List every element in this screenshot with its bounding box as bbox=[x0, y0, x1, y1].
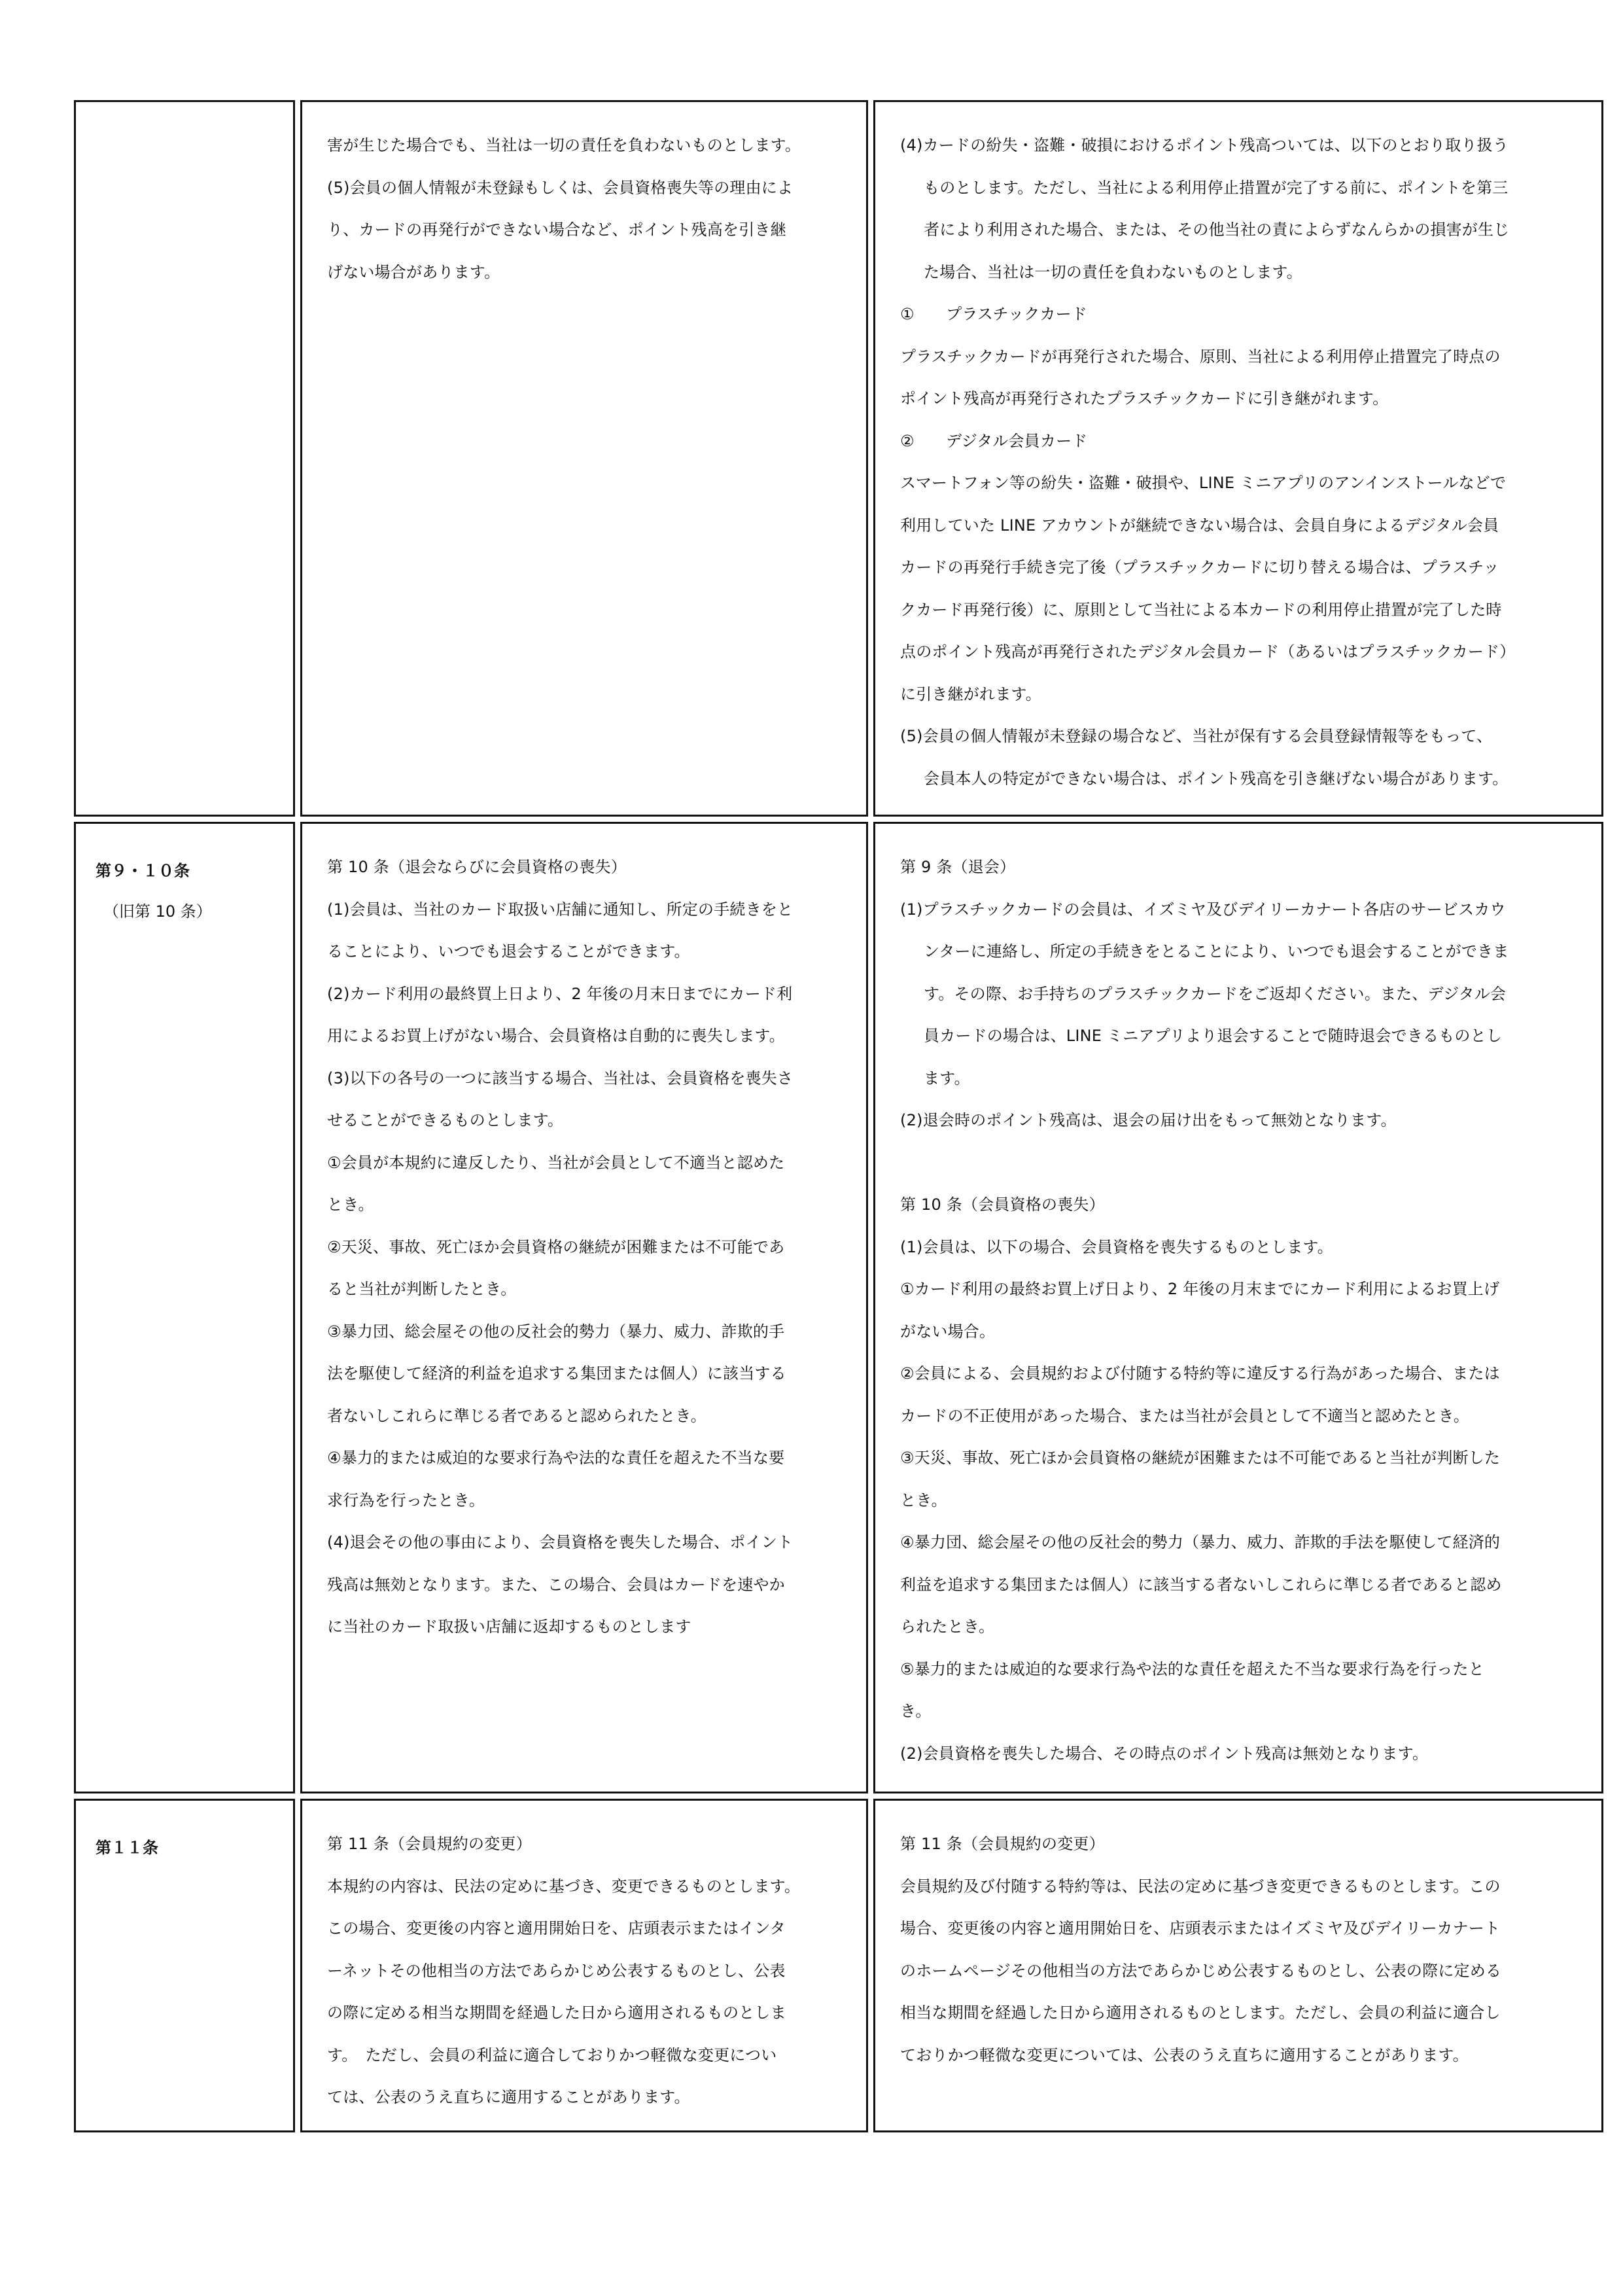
old-text-line: ③暴力団、総会屋その他の反社会的勢力（暴力、威力、詐欺的手 bbox=[327, 1311, 846, 1353]
new-text-cell: (4)カードの紛失・盗難・破損におけるポイント残高ついては、以下のとおり取り扱う… bbox=[873, 100, 1603, 817]
old-text-line: り、カードの再発行ができない場合など、ポイント残高を引き継 bbox=[327, 209, 846, 251]
new-text-line: 第 10 条（会員資格の喪失） bbox=[900, 1184, 1584, 1226]
old-text-line: (1)会員は、当社のカード取扱い店舗に通知し、所定の手続きをと bbox=[327, 889, 846, 931]
new-text-line: (1)プラスチックカードの会員は、イズミヤ及びデイリーカナート各店のサービスカウ bbox=[900, 889, 1584, 931]
new-text-line: 利益を追求する集団または個人）に該当する者ないしこれらに準じる者であると認め bbox=[900, 1564, 1584, 1606]
new-text-line: 第 11 条（会員規約の変更） bbox=[900, 1823, 1584, 1865]
new-text-line: とき。 bbox=[900, 1479, 1584, 1522]
new-text-line: 会員本人の特定ができない場合は、ポイント残高を引き継げない場合があります。 bbox=[900, 758, 1584, 800]
old-text-line: とき。 bbox=[327, 1184, 846, 1226]
old-text-line: 者ないしこれらに準じる者であると認められたとき。 bbox=[327, 1395, 846, 1438]
blank-line bbox=[900, 1142, 1584, 1184]
article-cell: 第１１条 bbox=[74, 1799, 295, 2132]
old-text-line: げない場合があります。 bbox=[327, 251, 846, 294]
new-text-line: スマートフォン等の紛失・盗難・破損や、LINE ミニアプリのアンインストールなど… bbox=[900, 462, 1584, 504]
new-text-line: ④暴力団、総会屋その他の反社会的勢力（暴力、威力、詐欺的手法を駆使して経済的 bbox=[900, 1521, 1584, 1564]
new-text-line: ます。 bbox=[900, 1057, 1584, 1100]
old-text-line: 第 10 条（退会ならびに会員資格の喪失） bbox=[327, 846, 846, 889]
old-text-line: (2)カード利用の最終買上日より、2 年後の月末日までにカード利 bbox=[327, 973, 846, 1016]
new-text-cell: 第 11 条（会員規約の変更） 会員規約及び付随する特約等は、民法の定めに基づき… bbox=[873, 1799, 1603, 2132]
old-text-line: ると当社が判断したとき。 bbox=[327, 1268, 846, 1311]
new-text-line: クカード再発行後）に、原則として当社による本カードの利用停止措置が完了した時 bbox=[900, 589, 1584, 631]
old-text-line: 求行為を行ったとき。 bbox=[327, 1479, 846, 1522]
new-text-line: (4)カードの紛失・盗難・破損におけるポイント残高ついては、以下のとおり取り扱う bbox=[900, 124, 1584, 167]
article-cell: 第９・１０条 （旧第 10 条） bbox=[74, 822, 295, 1793]
new-text-line: た場合、当社は一切の責任を負わないものとします。 bbox=[900, 251, 1584, 294]
new-text-line: ンターに連絡し、所定の手続きをとることにより、いつでも退会することができま bbox=[900, 930, 1584, 973]
new-text-line: ② デジタル会員カード bbox=[900, 420, 1584, 463]
new-text-line: 第 9 条（退会） bbox=[900, 846, 1584, 889]
old-text-line: ④暴力的または威迫的な要求行為や法的な責任を超えた不当な要 bbox=[327, 1437, 846, 1479]
old-text-line: ①会員が本規約に違反したり、当社が会員として不適当と認めた bbox=[327, 1142, 846, 1184]
new-text-line: ③天災、事故、死亡ほか会員資格の継続が困難または不可能であると当社が判断した bbox=[900, 1437, 1584, 1479]
comparison-table: 害が生じた場合でも、当社は一切の責任を負わないものとします。 (5)会員の個人情… bbox=[74, 100, 1603, 2138]
new-text-line: ②会員による、会員規約および付随する特約等に違反する行為があった場合、または bbox=[900, 1352, 1584, 1395]
new-text-line: ポイント残高が再発行されたプラスチックカードに引き継がれます。 bbox=[900, 378, 1584, 420]
old-text-line: ーネットその他相当の方法であらかじめ公表するものとし、公表 bbox=[327, 1950, 846, 1992]
new-text-line: ておりかつ軽微な変更については、公表のうえ直ちに適用することがあります。 bbox=[900, 2034, 1584, 2077]
table-row: 第１１条 第 11 条（会員規約の変更） 本規約の内容は、民法の定めに基づき、変… bbox=[74, 1799, 1603, 2132]
new-text-line: き。 bbox=[900, 1690, 1584, 1733]
old-text-cell: 害が生じた場合でも、当社は一切の責任を負わないものとします。 (5)会員の個人情… bbox=[300, 100, 868, 817]
new-text-line: がない場合。 bbox=[900, 1311, 1584, 1353]
new-text-line: ① プラスチックカード bbox=[900, 293, 1584, 336]
article-label: 第１１条 bbox=[96, 1835, 293, 1861]
old-text-cell: 第 11 条（会員規約の変更） 本規約の内容は、民法の定めに基づき、変更できるも… bbox=[300, 1799, 868, 2132]
new-text-line: 会員規約及び付随する特約等は、民法の定めに基づき変更できるものとします。この bbox=[900, 1865, 1584, 1908]
new-text-line: ①カード利用の最終お買上げ日より、2 年後の月末までにカード利用によるお買上げ bbox=[900, 1268, 1584, 1311]
old-text-line: ては、公表のうえ直ちに適用することがあります。 bbox=[327, 2076, 846, 2119]
new-text-line: のホームページその他相当の方法であらかじめ公表するものとし、公表の際に定める bbox=[900, 1950, 1584, 1992]
old-text-cell: 第 10 条（退会ならびに会員資格の喪失） (1)会員は、当社のカード取扱い店舗… bbox=[300, 822, 868, 1793]
old-text-line: 残高は無効となります。また、この場合、会員はカードを速やか bbox=[327, 1564, 846, 1606]
new-text-line: 員カードの場合は、LINE ミニアプリより退会することで随時退会できるものとし bbox=[900, 1015, 1584, 1057]
new-text-cell: 第 9 条（退会） (1)プラスチックカードの会員は、イズミヤ及びデイリーカナー… bbox=[873, 822, 1603, 1793]
old-text-line: せることができるものとします。 bbox=[327, 1099, 846, 1142]
new-text-line: 相当な期間を経過した日から適用されるものとします。ただし、会員の利益に適合し bbox=[900, 1992, 1584, 2034]
old-text-line: 法を駆使して経済的利益を追求する集団または個人）に該当する bbox=[327, 1352, 846, 1395]
new-text-line: ものとします。ただし、当社による利用停止措置が完了する前に、ポイントを第三 bbox=[900, 167, 1584, 209]
old-text-line: (5)会員の個人情報が未登録もしくは、会員資格喪失等の理由によ bbox=[327, 167, 846, 209]
new-text-line: 利用していた LINE アカウントが継続できない場合は、会員自身によるデジタル会… bbox=[900, 504, 1584, 547]
article-label: 第９・１０条 bbox=[96, 858, 293, 884]
new-text-line: 点のポイント残高が再発行されたデジタル会員カード（あるいはプラスチックカード） bbox=[900, 631, 1584, 673]
old-text-line: 害が生じた場合でも、当社は一切の責任を負わないものとします。 bbox=[327, 124, 846, 167]
new-text-line: られたとき。 bbox=[900, 1606, 1584, 1648]
article-cell bbox=[74, 100, 295, 817]
new-text-line: 場合、変更後の内容と適用開始日を、店頭表示またはイズミヤ及びデイリーカナート bbox=[900, 1907, 1584, 1950]
article-sublabel: （旧第 10 条） bbox=[96, 898, 293, 925]
new-text-line: に引き継がれます。 bbox=[900, 673, 1584, 716]
new-text-line: ⑤暴力的または威迫的な要求行為や法的な責任を超えた不当な要求行為を行ったと bbox=[900, 1648, 1584, 1691]
table-row: 第９・１０条 （旧第 10 条） 第 10 条（退会ならびに会員資格の喪失） (… bbox=[74, 822, 1603, 1793]
old-text-line: 第 11 条（会員規約の変更） bbox=[327, 1823, 846, 1865]
table-row: 害が生じた場合でも、当社は一切の責任を負わないものとします。 (5)会員の個人情… bbox=[74, 100, 1603, 817]
old-text-line: 本規約の内容は、民法の定めに基づき、変更できるものとします。 bbox=[327, 1865, 846, 1908]
new-text-line: (1)会員は、以下の場合、会員資格を喪失するものとします。 bbox=[900, 1226, 1584, 1269]
new-text-line: 者により利用された場合、または、その他当社の責によらずなんらかの損害が生じ bbox=[900, 209, 1584, 251]
old-text-line: (3)以下の各号の一つに該当する場合、当社は、会員資格を喪失さ bbox=[327, 1057, 846, 1100]
old-text-line: ることにより、いつでも退会することができます。 bbox=[327, 930, 846, 973]
new-text-line: (5)会員の個人情報が未登録の場合など、当社が保有する会員登録情報等をもって、 bbox=[900, 715, 1584, 758]
old-text-line: 用によるお買上げがない場合、会員資格は自動的に喪失します。 bbox=[327, 1015, 846, 1057]
new-text-line: す。その際、お手持ちのプラスチックカードをご返却ください。また、デジタル会 bbox=[900, 973, 1584, 1016]
new-text-line: (2)会員資格を喪失した場合、その時点のポイント残高は無効となります。 bbox=[900, 1733, 1584, 1775]
new-text-line: カードの再発行手続き完了後（プラスチックカードに切り替える場合は、プラスチッ bbox=[900, 546, 1584, 589]
old-text-line: この場合、変更後の内容と適用開始日を、店頭表示またはインタ bbox=[327, 1907, 846, 1950]
old-text-line: す。 ただし、会員の利益に適合しておりかつ軽微な変更につい bbox=[327, 2034, 846, 2077]
new-text-line: カードの不正使用があった場合、または当社が会員として不適当と認めたとき。 bbox=[900, 1395, 1584, 1438]
old-text-line: ②天災、事故、死亡ほか会員資格の継続が困難または不可能であ bbox=[327, 1226, 846, 1269]
new-text-line: (2)退会時のポイント残高は、退会の届け出をもって無効となります。 bbox=[900, 1099, 1584, 1142]
new-text-line: プラスチックカードが再発行された場合、原則、当社による利用停止措置完了時点の bbox=[900, 336, 1584, 378]
old-text-line: に当社のカード取扱い店舗に返却するものとします bbox=[327, 1606, 846, 1648]
old-text-line: の際に定める相当な期間を経過した日から適用されるものとしま bbox=[327, 1992, 846, 2034]
old-text-line: (4)退会その他の事由により、会員資格を喪失した場合、ポイント bbox=[327, 1521, 846, 1564]
